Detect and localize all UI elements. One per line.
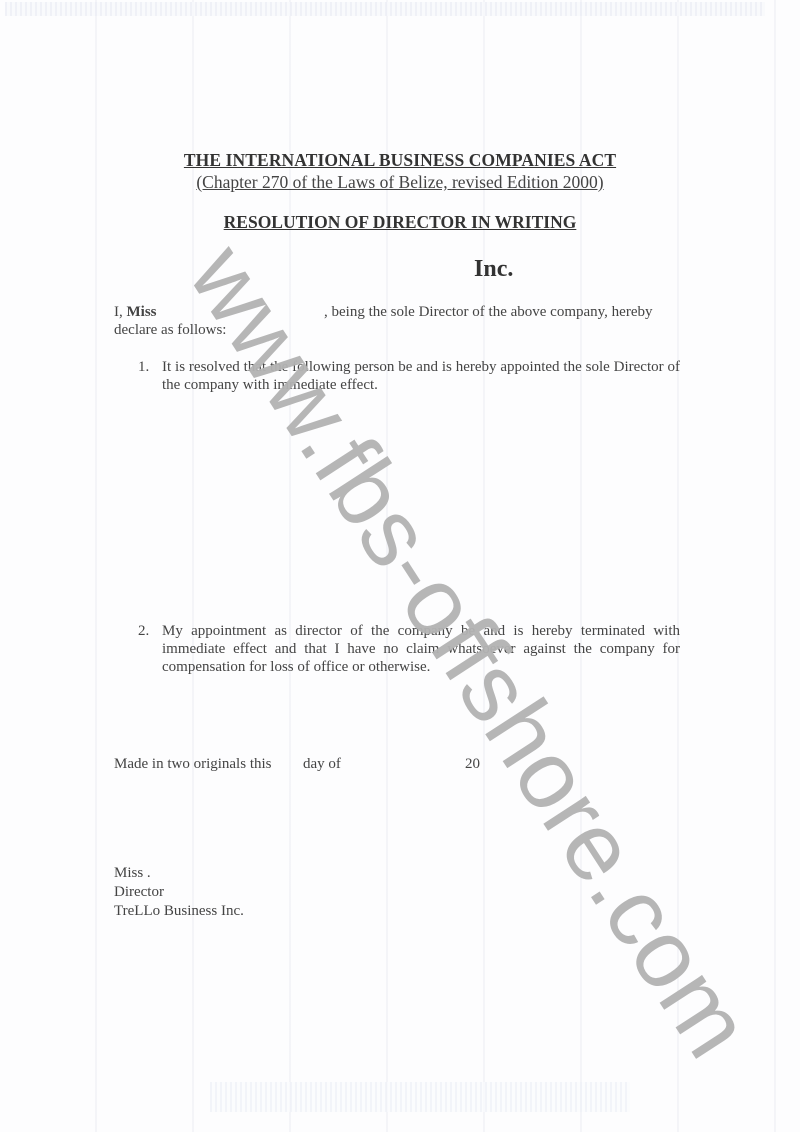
document-page: THE INTERNATIONAL BUSINESS COMPANIES ACT… <box>0 0 800 1132</box>
intro-line-1-rest: , being the sole Director of the above c… <box>324 303 653 321</box>
signatory-company: TreLLo Business Inc. <box>114 902 414 921</box>
scan-artifact-top <box>5 2 765 16</box>
year-prefix: 20 <box>465 755 480 773</box>
signatory-role: Director <box>114 883 414 902</box>
item-number: 2. <box>138 622 149 640</box>
director-title: Miss <box>127 304 157 320</box>
signatory-name: Miss . <box>114 864 414 883</box>
act-subtitle: (Chapter 270 of the Laws of Belize, revi… <box>0 172 800 193</box>
item-text: My appointment as director of the compan… <box>162 622 680 676</box>
company-name: Inc. <box>474 256 513 283</box>
intro-prefix: I, <box>114 304 127 320</box>
signature-block: Miss . Director TreLLo Business Inc. <box>114 864 414 921</box>
resolution-item: 2. My appointment as director of the com… <box>138 622 680 676</box>
day-of-text: day of <box>303 755 341 773</box>
item-number: 1. <box>138 358 149 376</box>
resolution-title: RESOLUTION OF DIRECTOR IN WRITING <box>0 212 800 233</box>
scan-artifact-bottom <box>210 1082 630 1112</box>
resolution-item: 1. It is resolved that the following per… <box>138 358 680 394</box>
intro-paragraph: I, Miss , being the sole Director of the… <box>114 303 680 339</box>
made-in-text: Made in two originals this <box>114 756 272 772</box>
intro-line-1: I, Miss , being the sole Director of the… <box>114 303 680 321</box>
intro-line-2: declare as follows: <box>114 322 226 338</box>
made-in-line: Made in two originals this day of 20 <box>114 755 714 773</box>
item-text: It is resolved that the following person… <box>162 358 680 394</box>
act-title: THE INTERNATIONAL BUSINESS COMPANIES ACT <box>0 150 800 171</box>
